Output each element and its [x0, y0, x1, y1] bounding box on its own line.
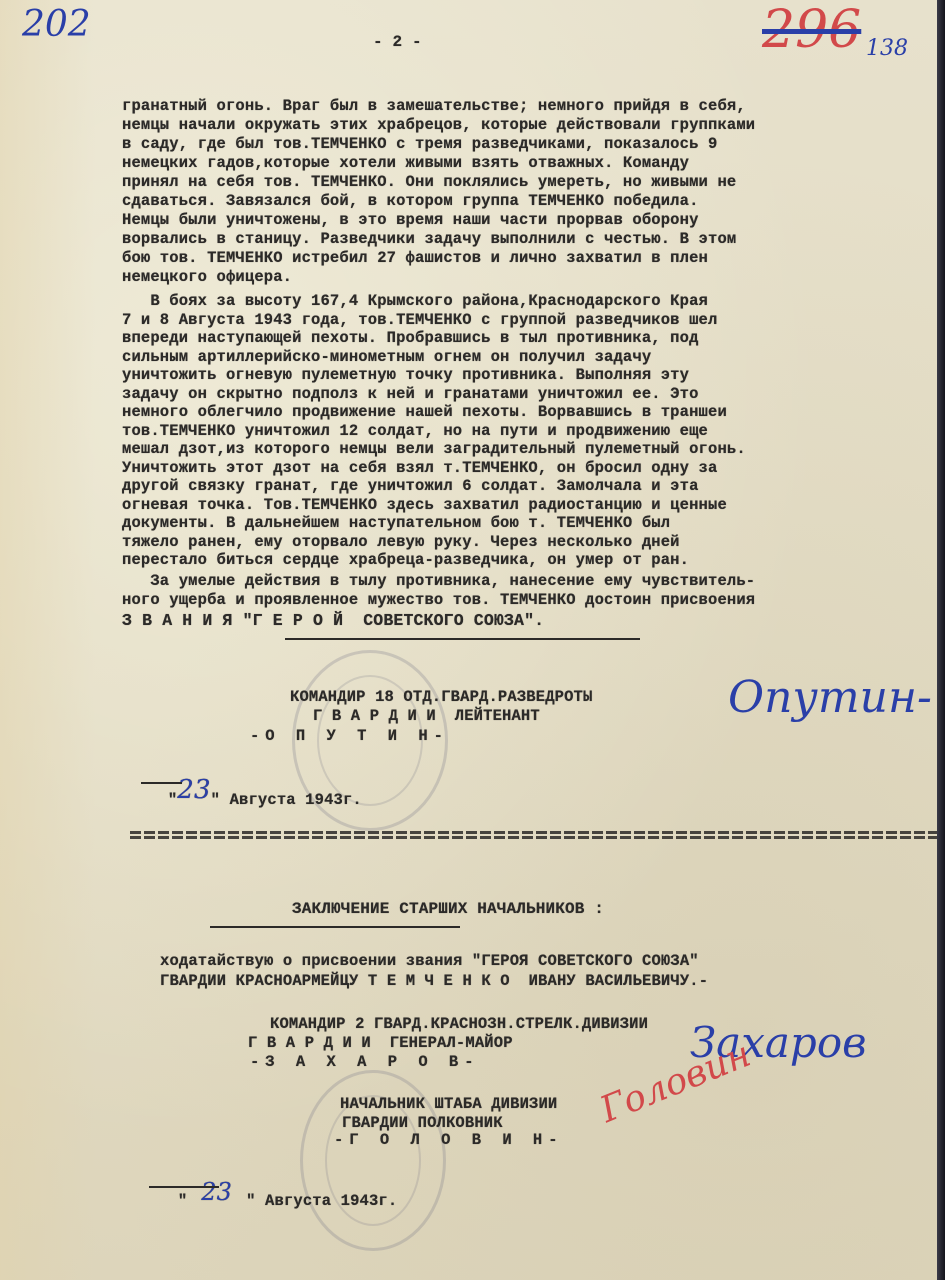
page-number: - 2 -: [373, 33, 422, 51]
date-2-rest: Августа 1943г.: [265, 1192, 397, 1210]
date-quote-open: ": [178, 1192, 187, 1210]
signer-1-position: КОМАНДИР 18 ОТД.ГВАРД.РАЗВЕДРОТЫ: [290, 688, 592, 706]
date-1-underline: [141, 782, 182, 784]
paragraph-3: За умелые действия в тылу противника, на…: [122, 572, 160, 662]
signer-2-rank: Г В А Р Д И И ГЕНЕРАЛ-МАЙОР: [248, 1034, 513, 1052]
text-line: ного ущерба и проявленное мужество тов. …: [122, 591, 755, 609]
signature-opytin: Опутин-: [728, 672, 932, 723]
text-line: мешал дзот,из которого немцы вели заград…: [122, 440, 746, 458]
date-quote-close: ": [246, 1192, 265, 1210]
award-title-line: З В А Н И Я "Г Е Р О Й СОВЕТСКОГО СОЮЗА"…: [122, 611, 544, 630]
text-line: принял на себя тов. ТЕМЧЕНКО. Они поклял…: [122, 173, 736, 191]
paper-shade: [0, 0, 95, 1280]
text-line: впереди наступающей пехоты. Пробравшись …: [122, 329, 699, 347]
scan-edge: [937, 0, 945, 1280]
conclusion-heading-underline: [210, 926, 460, 928]
date-quote-open: ": [168, 791, 177, 809]
text-line: задачу он скрытно подполз к ней и гранат…: [122, 385, 699, 403]
conclusion-line-2: ГВАРДИИ КРАСНОАРМЕЙЦУ Т Е М Ч Е Н К О ИВ…: [160, 972, 708, 990]
text-line: Уничтожить этот дзот на себя взял т.ТЕМЧ…: [122, 459, 717, 477]
text-line: документы. В дальнейшем наступательном б…: [122, 514, 670, 532]
signer-3-position: НАЧАЛЬНИК ШТАБА ДИВИЗИИ: [340, 1095, 557, 1113]
date-2: "23" Августа 1943г.: [140, 1165, 397, 1229]
text-line: уничтожить огневую пулеметную точку прот…: [122, 366, 689, 384]
archive-number-right-small: 138: [866, 36, 908, 61]
paragraph-1: гранатный огонь. Враг был в замешательст…: [122, 97, 160, 313]
conclusion-line-1: ходатайствую о присвоении звания "ГЕРОЯ …: [160, 952, 699, 970]
text-line: немецких гадов,которые хотели живыми взя…: [122, 154, 689, 172]
text-line: В боях за высоту 167,4 Крымского района,…: [122, 292, 708, 310]
text-line: бою тов. ТЕМЧЕНКО истребил 27 фашистов и…: [122, 249, 708, 267]
text-line: сдаваться. Завязался бой, в котором груп…: [122, 192, 699, 210]
date-1-day: 23: [177, 775, 210, 805]
signer-1-rank: Г В А Р Д И И ЛЕЙТЕНАНТ: [313, 707, 540, 725]
signer-2-position: КОМАНДИР 2 ГВАРД.КРАСНОЗН.СТРЕЛК.ДИВИЗИИ: [270, 1015, 648, 1033]
text-line: 7 и 8 Августа 1943 года, тов.ТЕМЧЕНКО с …: [122, 311, 717, 329]
text-line: ворвались в станицу. Разведчики задачу в…: [122, 230, 736, 248]
signer-1-name: -О П У Т И Н-: [250, 727, 449, 745]
signer-3-name: -Г О Л О В И Н-: [334, 1131, 564, 1149]
signer-2-name: -З А Х А Р О В-: [250, 1053, 480, 1071]
signature-golovin: Головин: [595, 1034, 757, 1131]
text-line: тов.ТЕМЧЕНКО уничтожил 12 солдат, но на …: [122, 422, 708, 440]
text-line: Немцы были уничтожены, в это время наши …: [122, 211, 699, 229]
date-2-day: 23: [187, 1178, 246, 1206]
text-line: немного облегчило продвижение нашей пехо…: [122, 403, 727, 421]
date-quote-close: ": [211, 791, 230, 809]
date-1-rest: Августа 1943г.: [230, 791, 362, 809]
date-1: "23" Августа 1943г.: [130, 763, 362, 829]
text-line: перестало биться сердце храбреца-разведч…: [122, 551, 689, 569]
paragraph-2: В боях за высоту 167,4 Крымского района,…: [122, 292, 160, 598]
text-line: сильным артиллерийско-минометным огнем о…: [122, 348, 651, 366]
text-line: огневая точка. Тов.ТЕМЧЕНКО здесь захват…: [122, 496, 727, 514]
archive-number-right-crossed: 296: [762, 0, 861, 60]
date-2-underline: [149, 1186, 219, 1188]
text-line: тяжело ранен, ему оторвало левую руку. Ч…: [122, 533, 680, 551]
section-separator: [130, 831, 938, 839]
title-underline: [285, 638, 640, 640]
text-line: За умелые действия в тылу противника, на…: [122, 572, 755, 590]
text-line: немцы начали окружать этих храбрецов, ко…: [122, 116, 755, 134]
signer-3-rank: ГВАРДИИ ПОЛКОВНИК: [342, 1114, 503, 1132]
conclusion-heading: ЗАКЛЮЧЕНИЕ СТАРШИХ НАЧАЛЬНИКОВ :: [292, 900, 604, 918]
archive-number-left: 202: [22, 4, 91, 45]
text-line: другой связку гранат, где уничтожил 6 со…: [122, 477, 699, 495]
text-line: гранатный огонь. Враг был в замешательст…: [122, 97, 746, 115]
text-line: в саду, где был тов.ТЕМЧЕНКО с тремя раз…: [122, 135, 717, 153]
text-line: немецкого офицера.: [122, 268, 292, 286]
document-page: 202 296 138 - 2 - гранатный огонь. Враг …: [0, 0, 938, 1280]
